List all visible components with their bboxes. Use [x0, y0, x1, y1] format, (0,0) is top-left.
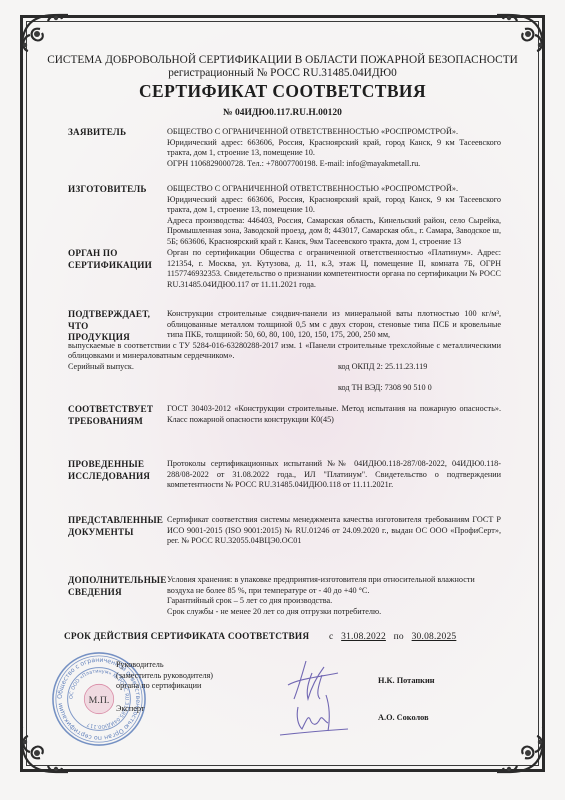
signatory-title-line: органа по сертификации: [116, 681, 213, 692]
product-description-text: Конструкции строительные сэндвич-панели …: [167, 309, 501, 341]
certificate-sheet: СИСТЕМА ДОБРОВОЛЬНОЙ СЕРТИФИКАЦИИ В ОБЛА…: [0, 0, 565, 800]
label-line: СВЕДЕНИЯ: [68, 587, 168, 599]
applicant-name: ОБЩЕСТВО С ОГРАНИЧЕННОЙ ОТВЕТСТВЕННОСТЬЮ…: [167, 127, 501, 138]
manufacturer-name: ОБЩЕСТВО С ОГРАНИЧЕННОЙ ОТВЕТСТВЕННОСТЬЮ…: [167, 184, 501, 195]
research-text: Протоколы сертификационных испытаний №№ …: [167, 459, 501, 491]
certification-body-text: Орган по сертификации Общества с огранич…: [167, 248, 501, 290]
certification-body-label: ОРГАН ПО СЕРТИФИКАЦИИ: [68, 248, 168, 271]
label-line: ПРОДУКЦИЯ: [68, 332, 168, 344]
tnved-code: код ТН ВЭД: 7308 90 510 0: [338, 383, 432, 394]
label-line: ЧТО: [68, 321, 168, 333]
stamp-center-text: М.П.: [89, 695, 110, 706]
section-research: ПРОВЕДЕННЫЕ ИССЛЕДОВАНИЯ Протоколы серти…: [68, 459, 501, 491]
applicant-body: ОБЩЕСТВО С ОГРАНИЧЕННОЙ ОТВЕТСТВЕННОСТЬЮ…: [167, 127, 501, 169]
section-requirements: СООТВЕТСТВУЕТ ТРЕБОВАНИЯМ ГОСТ 30403-201…: [68, 404, 501, 425]
validity-label: СРОК ДЕЙСТВИЯ СЕРТИФИКАТА СООТВЕТСТВИЯ: [64, 632, 309, 642]
label-line: СООТВЕТСТВУЕТ: [68, 404, 168, 416]
applicant-contacts: ОГРН 1106829000728. Тел.: +78007700198. …: [167, 159, 501, 170]
to-word: по: [394, 632, 404, 642]
valid-to-date: 30.08.2025: [412, 632, 457, 642]
applicant-address: Юридический адрес: 663606, Россия, Красн…: [167, 138, 501, 159]
additional-text: Условия хранения: в упаковке предприятия…: [167, 575, 501, 617]
product-description: Конструкции строительные сэндвич-панели …: [167, 309, 501, 341]
research-paragraph: Протоколы сертификационных испытаний №№ …: [167, 459, 501, 491]
certificate-title: СЕРТИФИКАТ СООТВЕТСТВИЯ: [0, 81, 565, 102]
section-documents: ПРЕДСТАВЛЕННЫЕ ДОКУМЕНТЫ Сертификат соот…: [68, 515, 501, 547]
from-word: с: [329, 632, 333, 642]
serial-release: Серийный выпуск.: [68, 362, 134, 371]
section-product: ПОДТВЕРЖДАЕТ, ЧТО ПРОДУКЦИЯ Конструкции …: [68, 309, 501, 394]
label-line: ТРЕБОВАНИЯМ: [68, 416, 168, 428]
research-label: ПРОВЕДЕННЫЕ ИССЛЕДОВАНИЯ: [68, 459, 168, 482]
head-signatory-title: Руководитель (заместитель руководителя) …: [116, 660, 213, 692]
expert-label: Эксперт: [116, 704, 144, 715]
label-line: ПОДТВЕРЖДАЕТ,: [68, 309, 168, 321]
section-additional: ДОПОЛНИТЕЛЬНЫЕ СВЕДЕНИЯ Условия хранения…: [68, 575, 501, 617]
warranty-period: Гарантийный срок – 5 лет со дня производ…: [167, 596, 501, 607]
documents-paragraph: Сертификат соответствия системы менеджме…: [167, 515, 501, 547]
signature-mark-icon: [278, 655, 350, 745]
additional-label: ДОПОЛНИТЕЛЬНЫЕ СВЕДЕНИЯ: [68, 575, 168, 598]
label-line: ДОКУМЕНТЫ: [68, 527, 168, 539]
label-line: ПРОВЕДЕННЫЕ: [68, 459, 168, 471]
section-certification-body: ОРГАН ПО СЕРТИФИКАЦИИ Орган по сертифика…: [68, 248, 501, 290]
manufacturer-production-addresses: Адреса производства: 446403, Россия, Сам…: [167, 216, 501, 248]
section-applicant: ЗАЯВИТЕЛЬ ОБЩЕСТВО С ОГРАНИЧЕННОЙ ОТВЕТС…: [68, 127, 501, 169]
manufacturer-address: Юридический адрес: 663606, Россия, Красн…: [167, 195, 501, 216]
validity-dates: с 31.08.2022 по 30.08.2025: [329, 632, 456, 642]
certificate-header: СИСТЕМА ДОБРОВОЛЬНОЙ СЕРТИФИКАЦИИ В ОБЛА…: [0, 54, 565, 120]
signatory-title-line: Руководитель: [116, 660, 213, 671]
product-spec: выпускаемые в соответствии с ТУ 5284-016…: [68, 341, 501, 362]
signatory-title-line: (заместитель руководителя): [116, 671, 213, 682]
requirements-paragraph: ГОСТ 30403-2012 «Конструкции строительны…: [167, 404, 501, 425]
tnved-row: код ТН ВЭД: 7308 90 510 0: [68, 383, 501, 394]
product-label: ПОДТВЕРЖДАЕТ, ЧТО ПРОДУКЦИЯ: [68, 309, 168, 344]
product-spec-text: выпускаемые в соответствии с ТУ 5284-016…: [68, 341, 501, 362]
requirements-text: ГОСТ 30403-2012 «Конструкции строительны…: [167, 404, 501, 425]
label-line: СЕРТИФИКАЦИИ: [68, 260, 168, 272]
label-line: ДОПОЛНИТЕЛЬНЫЕ: [68, 575, 168, 587]
label-line: ОРГАН ПО: [68, 248, 168, 260]
okpd-code: код ОКПД 2: 25.11.23.119: [338, 362, 427, 373]
section-manufacturer: ИЗГОТОВИТЕЛЬ ОБЩЕСТВО С ОГРАНИЧЕННОЙ ОТВ…: [68, 184, 501, 248]
label-line: ПРЕДСТАВЛЕННЫЕ: [68, 515, 168, 527]
requirements-label: СООТВЕТСТВУЕТ ТРЕБОВАНИЯМ: [68, 404, 168, 427]
system-title: СИСТЕМА ДОБРОВОЛЬНОЙ СЕРТИФИКАЦИИ В ОБЛА…: [0, 54, 565, 67]
certificate-number: № 04ИДЮ0.117.RU.Н.00120: [0, 107, 565, 120]
registration-number: регистрационный № РОСС RU.31485.04ИДЮ0: [0, 67, 565, 80]
manufacturer-label: ИЗГОТОВИТЕЛЬ: [68, 184, 168, 196]
expert-name: А.О. Соколов: [378, 713, 429, 722]
valid-from-date: 31.08.2022: [341, 632, 386, 642]
certification-body-paragraph: Орган по сертификации Общества с огранич…: [167, 248, 501, 290]
label-line: ИССЛЕДОВАНИЯ: [68, 471, 168, 483]
product-codes-row: Серийный выпуск. код ОКПД 2: 25.11.23.11…: [68, 362, 501, 373]
documents-text: Сертификат соответствия системы менеджме…: [167, 515, 501, 547]
manufacturer-body: ОБЩЕСТВО С ОГРАНИЧЕННОЙ ОТВЕТСТВЕННОСТЬЮ…: [167, 184, 501, 248]
service-life: Срок службы - не менее 20 лет со дня отг…: [167, 607, 501, 618]
applicant-label: ЗАЯВИТЕЛЬ: [68, 127, 168, 139]
validity-row: СРОК ДЕЙСТВИЯ СЕРТИФИКАТА СООТВЕТСТВИЯ с…: [64, 632, 501, 642]
head-name: Н.К. Потапкин: [378, 676, 435, 685]
ornament-corner-icon: [493, 722, 553, 782]
documents-label: ПРЕДСТАВЛЕННЫЕ ДОКУМЕНТЫ: [68, 515, 168, 538]
storage-conditions: Условия хранения: в упаковке предприятия…: [167, 575, 501, 596]
